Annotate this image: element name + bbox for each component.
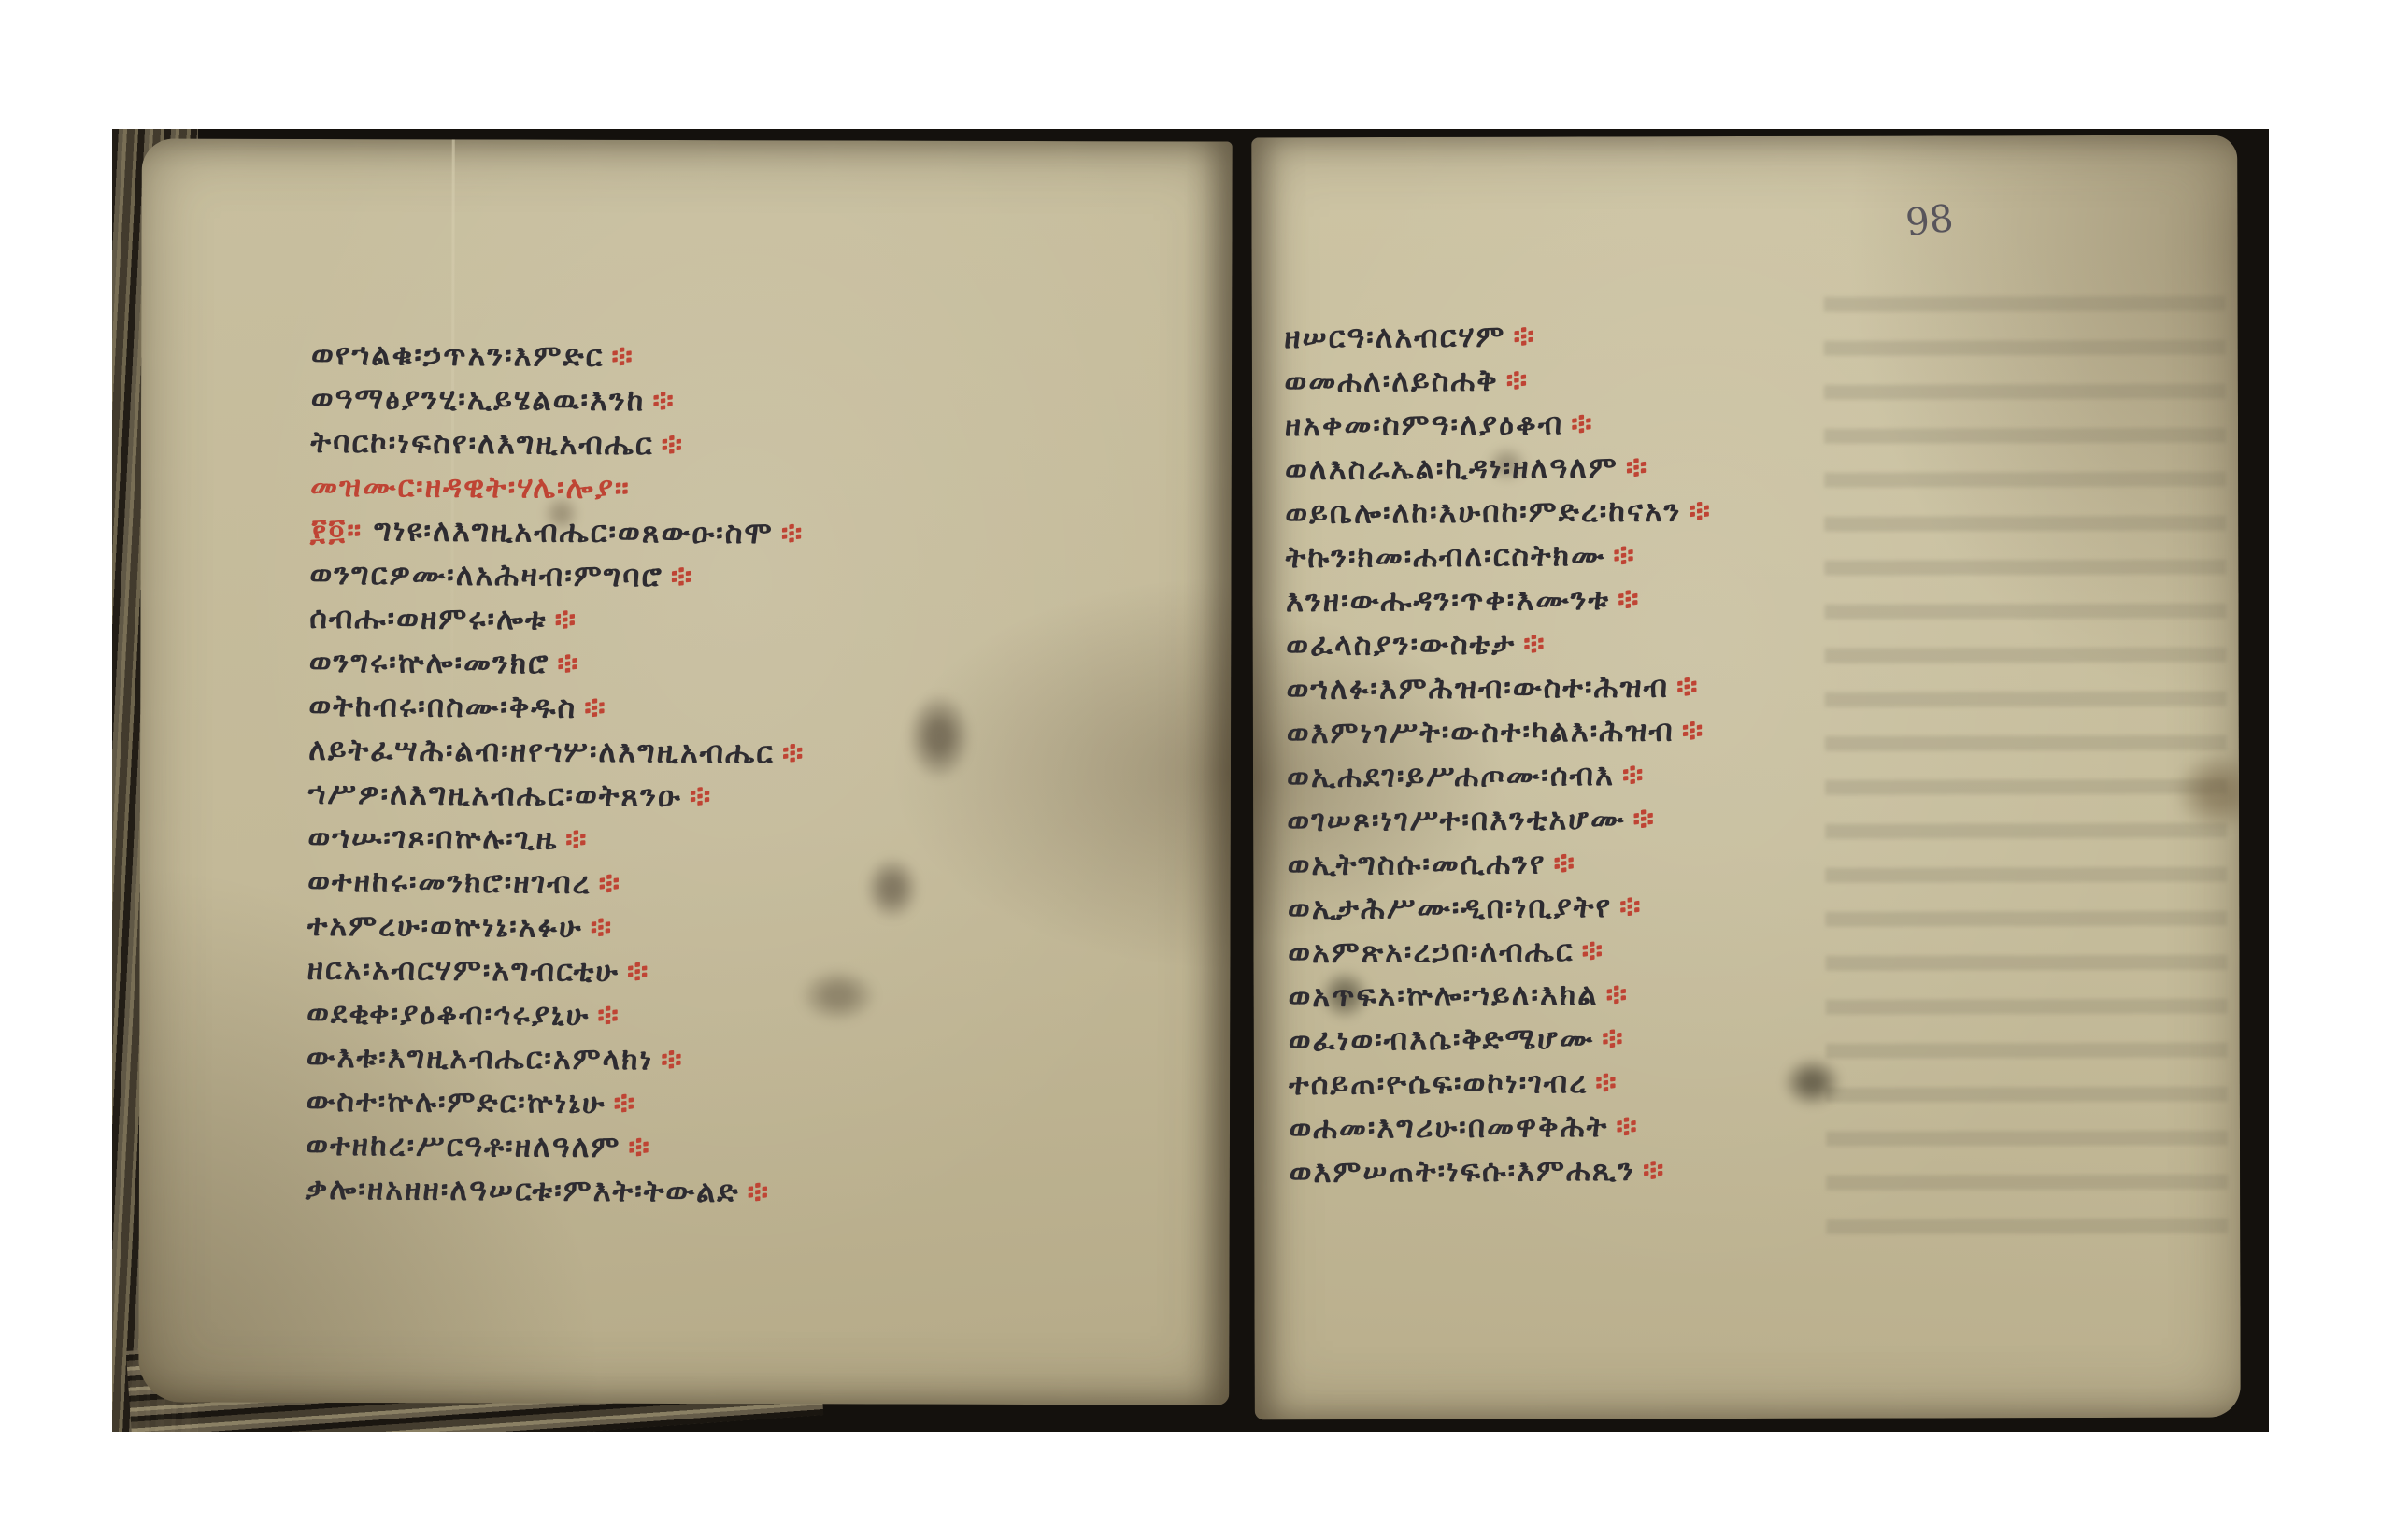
line-text: ወአምጽአ፡ረኃበ፡ለብሔር <box>1288 933 1575 971</box>
folio-number: 98 <box>1903 197 1956 245</box>
text-line: ወኀለፉ፡እምሕዝብ፡ውስተ፡ሕዝብ፨ <box>1286 664 1713 711</box>
line-text: ወንግሩ፡ኵሎ፡መንክሮ <box>309 644 550 682</box>
text-line: ፻፬።ግነዩ፡ለእግዚአብሔር፡ወጸውዑ፡ስሞ፨ <box>310 508 807 556</box>
text-line: ወሐመ፡እግሪሁ፡በመዋቅሕት፨ <box>1289 1104 1716 1150</box>
line-text: ወእምሠጠት፡ነፍሱ፡እምሐጺን <box>1290 1152 1635 1191</box>
text-line: ወይቤሎ፡ለከ፡እሁበከ፡ምድረ፡ከናአን፨ <box>1285 489 1712 535</box>
line-text: ዘአቀመ፡ስምዓ፡ለያዕቆብ <box>1285 406 1564 444</box>
line-text: ወኢትግስሱ፡መሲሐንየ <box>1288 845 1547 883</box>
section-mark: ፨ <box>627 953 650 990</box>
text-line: ተሰይጠ፡ዮሴፍ፡ወኮነ፡ገብረ፨ <box>1289 1060 1716 1106</box>
line-text: ትኩን፡ክመ፡ሐብለ፡ርስትክሙ <box>1286 537 1606 576</box>
section-mark: ፨ <box>1643 1152 1666 1189</box>
text-line: ወደቂቀ፡ያዕቆብ፡ኅሩያኒሁ፨ <box>307 991 804 1039</box>
line-text: ትባርኮ፡ነፍስየ፡ለእግዚአብሔር <box>310 424 653 463</box>
line-text: ወንግርዎሙ፡ለአሕዛብ፡ምግባሮ <box>309 556 663 595</box>
section-mark: ፨ <box>1602 1020 1625 1057</box>
line-text: ወፈነወ፡ብእሴ፡ቅድሜሆሙ <box>1289 1020 1595 1059</box>
showthrough-text <box>1824 296 2229 1241</box>
text-line: ወእምሠጠት፡ነፍሱ፡እምሐጺን፨ <box>1290 1148 1717 1194</box>
line-text: መዝሙር፡ዘዳዊት፡ሃሌ፡ሎያ። <box>310 468 631 506</box>
section-mark: ፨ <box>1622 757 1646 793</box>
section-mark: ፨ <box>557 646 580 682</box>
section-mark: ፨ <box>1613 537 1636 574</box>
line-text: ሰብሑ፡ወዘምሩ፡ሎቱ <box>309 600 548 638</box>
section-mark: ፨ <box>652 382 676 419</box>
screenshot-canvas: ወየኀልቁ፡ኃጥአን፡እምድር፨ወዓማፅያንሂ፡ኢይሄልዉ፡እንከ፨ትባርኮ፡ነ… <box>0 0 2381 1540</box>
line-text: ወመሐለ፡ለይስሐቅ <box>1284 363 1498 400</box>
text-line: ወተዘከሩ፡መንክሮ፡ዘገብረ፨ <box>307 860 805 907</box>
section-mark: ፨ <box>565 821 589 858</box>
text-line: ወእምነገሥት፡ውስተ፡ካልእ፡ሕዝብ፨ <box>1287 708 1714 755</box>
section-mark: ፨ <box>584 690 607 726</box>
text-line: ውስተ፡ኵሉ፡ምድር፡ኵነኔሁ፨ <box>306 1079 803 1127</box>
text-line: ወፈነወ፡ብእሴ፡ቅድሜሆሙ፨ <box>1289 1016 1716 1062</box>
text-line: ውእቱ፡እግዚአብሔር፡አምላክነ፨ <box>307 1035 804 1083</box>
text-line: ወኢታሕሥሙ፡ዲበ፡ነቢያትየ፨ <box>1288 884 1715 931</box>
line-text: ወይቤሎ፡ለከ፡እሁበከ፡ምድረ፡ከናአን <box>1285 492 1681 532</box>
section-mark: ፨ <box>613 1085 636 1121</box>
line-text: ዘሠርዓ፡ለአብርሃም <box>1284 319 1505 356</box>
text-line: ለይትፈሣሕ፡ልብ፡ዘየኀሦ፡ለእግዚአብሔር፨ <box>308 728 806 776</box>
section-mark: ፨ <box>1513 318 1536 354</box>
text-line: ወንግርዎሙ፡ለአሕዛብ፡ምግባሮ፨ <box>309 552 806 600</box>
line-text: ወትከብሩ፡በስሙ፡ቅዱስ <box>308 688 577 726</box>
line-text: ኀሥዎ፡ለእግዚአብሔር፡ወትጸንዑ <box>308 776 682 815</box>
section-mark: ፨ <box>1616 1108 1639 1145</box>
right-text-column: ዘሠርዓ፡ለአብርሃም፨ወመሐለ፡ለይስሐቅ፨ዘአቀመ፡ስምዓ፡ለያዕቆብ፨ወለ… <box>1284 313 1716 1194</box>
left-text-column: ወየኀልቁ፡ኃጥአን፡እምድር፨ወዓማፅያንሂ፡ኢይሄልዉ፡እንከ፨ትባርኮ፡ነ… <box>306 333 808 1215</box>
section-mark: ፨ <box>1676 668 1700 705</box>
text-line: ወኀሡ፡ገጾ፡በኵሉ፡ጊዜ፨ <box>307 816 805 863</box>
section-mark: ፨ <box>1626 449 1649 486</box>
section-mark: ፨ <box>1553 845 1576 881</box>
line-text: ወተዘከረ፡ሥርዓቶ፡ዘለዓለም <box>306 1127 620 1165</box>
section-mark: ፨ <box>611 338 634 375</box>
line-text: ወዓማፅያንሂ፡ኢይሄልዉ፡እንከ <box>311 380 646 419</box>
text-line: ኀሥዎ፡ለእግዚአብሔር፡ወትጸንዑ፨ <box>308 772 806 820</box>
line-text: ተሰይጠ፡ዮሴፍ፡ወኮነ፡ገብረ <box>1289 1064 1588 1103</box>
text-line: ወዓማፅያንሂ፡ኢይሄልዉ፡እንከ፨ <box>311 377 808 424</box>
section-mark: ፨ <box>690 778 713 815</box>
section-mark: ፨ <box>661 426 684 463</box>
section-mark: ፨ <box>1682 712 1705 749</box>
section-mark: ፨ <box>671 558 694 594</box>
text-line: ወኢሐደገ፡ይሥሐጦሙ፡ሰብእ፨ <box>1287 752 1714 799</box>
ink-stain <box>798 967 877 1023</box>
line-text: ወእምነገሥት፡ውስተ፡ካልእ፡ሕዝብ <box>1287 713 1675 752</box>
section-mark: ፨ <box>747 1174 770 1210</box>
right-page: 98 ዘሠርዓ፡ለአብርሃም፨ወመሐለ፡ለይስሐቅ፨ዘአቀመ፡ስምዓ፡ለያዕቆብ… <box>1251 135 2241 1420</box>
line-text: ወፈላስያን፡ውስቴታ <box>1286 626 1516 664</box>
text-line: ወገሠጾ፡ነገሥተ፡በእንቲአሆሙ፨ <box>1287 796 1714 843</box>
line-text: ወአጥፍአ፡ኵሎ፡ኀይለ፡እክል <box>1288 977 1598 1015</box>
section-mark: ፨ <box>554 602 577 638</box>
text-line: ወየኀልቁ፡ኃጥአን፡እምድር፨ <box>311 333 808 380</box>
line-text: ቃሎ፡ዘአዘዘ፡ለዓሠርቱ፡ምእት፡ትውልድ <box>306 1171 740 1210</box>
line-text: ወየኀልቁ፡ኃጥአን፡እምድር <box>311 336 604 375</box>
section-mark: ፨ <box>628 1129 651 1165</box>
ink-stain <box>864 856 920 921</box>
line-text: ወደቂቀ፡ያዕቆብ፡ኅሩያኒሁ <box>307 995 590 1034</box>
section-mark: ፨ <box>1689 492 1712 529</box>
line-text: ወኀለፉ፡እምሕዝብ፡ውስተ፡ሕዝብ <box>1286 669 1669 708</box>
text-line: ዘሠርዓ፡ለአብርሃም፨ <box>1284 313 1711 360</box>
section-mark: ፨ <box>598 865 621 902</box>
section-mark: ፨ <box>1506 362 1530 398</box>
line-text: ዘርአ፡አብርሃም፡አግብርቲሁ <box>307 951 620 990</box>
line-text: ወተዘከሩ፡መንክሮ፡ዘገብረ <box>307 863 592 902</box>
section-mark: ፨ <box>591 909 614 946</box>
line-text: ተአምረሁ፡ወኵነኔ፡አፉሁ <box>307 907 583 946</box>
text-line: ትኩን፡ክመ፡ሐብለ፡ርስትክሙ፨ <box>1286 533 1713 579</box>
left-page: ወየኀልቁ፡ኃጥአን፡እምድር፨ወዓማፅያንሂ፡ኢይሄልዉ፡እንከ፨ትባርኮ፡ነ… <box>138 138 1233 1405</box>
ink-stain <box>1782 1057 1843 1108</box>
section-mark: ፨ <box>1619 889 1643 925</box>
text-line: ወአጥፍአ፡ኵሎ፡ኀይለ፡እክል፨ <box>1288 972 1715 1019</box>
line-text: ወለእስራኤል፡ኪዳነ፡ዘለዓለም <box>1285 449 1618 488</box>
text-line: ቃሎ፡ዘአዘዘ፡ለዓሠርቱ፡ምእት፡ትውልድ፨ <box>306 1167 803 1215</box>
rubric-line: መዝሙር፡ዘዳዊት፡ሃሌ፡ሎያ። <box>310 464 807 512</box>
section-mark: ፨ <box>1632 801 1656 837</box>
text-line: ወተዘከረ፡ሥርዓቶ፡ዘለዓለም፨ <box>306 1123 803 1171</box>
section-mark: ፨ <box>1581 933 1604 969</box>
section-mark: ፨ <box>1618 581 1641 618</box>
line-text: እንዘ፡ውሑዳን፡ጥቀ፡እሙንቱ <box>1286 581 1610 620</box>
text-line: ወመሐለ፡ለይስሐቅ፨ <box>1284 357 1711 404</box>
line-text: ወኢሐደገ፡ይሥሐጦሙ፡ሰብእ <box>1287 757 1615 795</box>
text-line: ወፈላስያን፡ውስቴታ፨ <box>1286 620 1713 667</box>
ink-stain <box>906 692 972 781</box>
section-mark: ፨ <box>781 515 805 551</box>
section-mark: ፨ <box>597 997 620 1034</box>
text-line: ዘአቀመ፡ስምዓ፡ለያዕቆብ፨ <box>1285 401 1712 448</box>
line-text: ወሐመ፡እግሪሁ፡በመዋቅሕት <box>1289 1108 1608 1147</box>
text-line: ሰብሑ፡ወዘምሩ፡ሎቱ፨ <box>309 596 806 644</box>
line-text: ውእቱ፡እግዚአብሔር፡አምላክነ <box>307 1039 654 1078</box>
text-line: ወንግሩ፡ኵሎ፡መንክሮ፨ <box>309 640 806 688</box>
text-line: ዘርአ፡አብርሃም፡አግብርቲሁ፨ <box>307 948 804 995</box>
section-mark: ፨ <box>661 1041 684 1077</box>
text-line: ወአምጽአ፡ረኃበ፡ለብሔር፨ <box>1288 928 1715 975</box>
text-line: ወትከብሩ፡በስሙ፡ቅዱስ፨ <box>308 684 806 732</box>
section-mark: ፨ <box>1595 1064 1618 1101</box>
text-line: እንዘ፡ውሑዳን፡ጥቀ፡እሙንቱ፨ <box>1286 577 1713 623</box>
psalm-number: ፻፬። <box>310 512 364 549</box>
line-text: ወኀሡ፡ገጾ፡በኵሉ፡ጊዜ <box>307 820 558 858</box>
section-mark: ፨ <box>1571 406 1594 442</box>
line-text: ወገሠጾ፡ነገሥተ፡በእንቲአሆሙ <box>1287 801 1625 839</box>
line-text: ወኢታሕሥሙ፡ዲበ፡ነቢያትየ <box>1288 889 1612 927</box>
text-line: ወለእስራኤል፡ኪዳነ፡ዘለዓለም፨ <box>1285 445 1712 492</box>
line-text: ግነዩ፡ለእግዚአብሔር፡ወጸውዑ፡ስሞ <box>374 512 774 551</box>
line-text: ውስተ፡ኵሉ፡ምድር፡ኵነኔሁ <box>306 1083 606 1121</box>
section-mark: ፨ <box>782 734 806 771</box>
text-line: ወኢትግስሱ፡መሲሐንየ፨ <box>1288 840 1715 887</box>
section-mark: ፨ <box>1605 977 1629 1013</box>
text-line: ትባርኮ፡ነፍስየ፡ለእግዚአብሔር፨ <box>310 421 807 468</box>
manuscript-photo: ወየኀልቁ፡ኃጥአን፡እምድር፨ወዓማፅያንሂ፡ኢይሄልዉ፡እንከ፨ትባርኮ፡ነ… <box>112 129 2269 1432</box>
line-text: ለይትፈሣሕ፡ልብ፡ዘየኀሦ፡ለእግዚአብሔር <box>308 732 775 771</box>
text-line: ተአምረሁ፡ወኵነኔ፡አፉሁ፨ <box>307 904 805 951</box>
section-mark: ፨ <box>1523 625 1547 662</box>
